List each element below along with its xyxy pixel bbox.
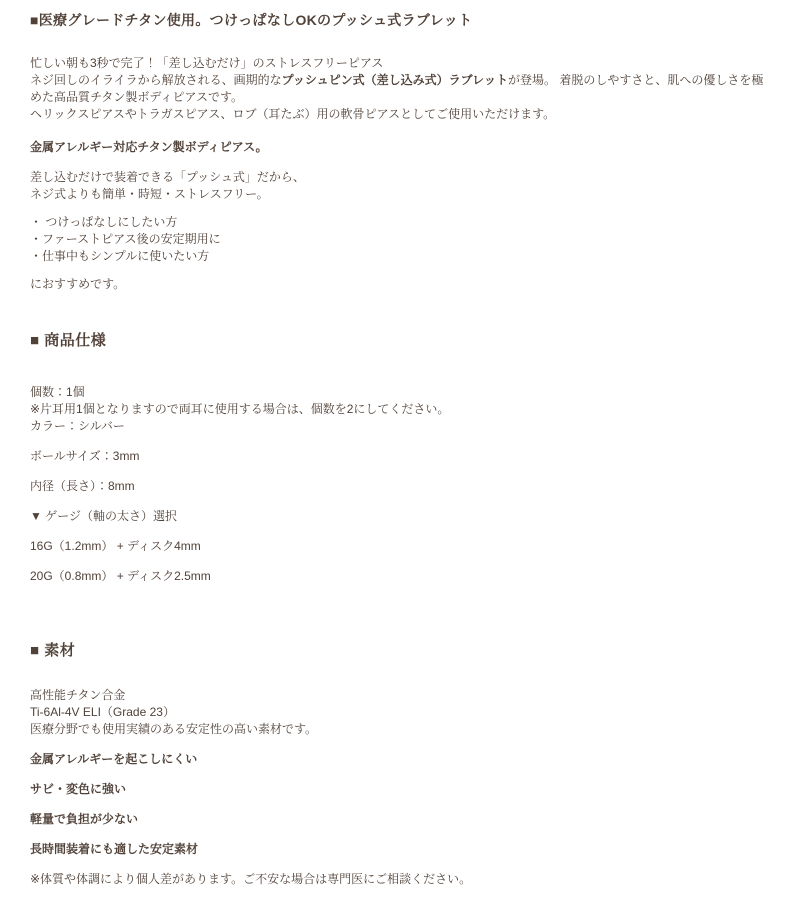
recommended-for-list: ・ つけっぱなしにしたい方 ・ファーストピアス後の安定期用に ・仕事中もシンプル…	[30, 214, 768, 265]
spec-quantity: 個数：1個	[30, 384, 768, 401]
intro-line-2-pre: ネジ回しのイライラから解放される、画期的な	[30, 73, 282, 87]
material-disclaimer-note: ※体質や体調により個人差があります。ご不安な場合は専門医にご相談ください。	[30, 871, 768, 888]
push-type-description: 差し込むだけで装着できる「プッシュ式」だから、 ネジ式よりも簡単・時短・ストレス…	[30, 169, 768, 203]
material-line-3: 医療分野でも使用実績のある安定性の高い素材です。	[30, 721, 768, 738]
spec-quantity-group: 個数：1個 ※片耳用1個となりますので両耳に使用する場合は、個数を2にしてくださ…	[30, 384, 768, 435]
material-benefit-rust: サビ・変色に強い	[30, 781, 768, 798]
spec-section-heading: ■ 商品仕様	[30, 331, 768, 351]
material-alloy-description: 高性能チタン合金 Ti-6Al-4V ELI（Grade 23） 医療分野でも使…	[30, 687, 768, 738]
allergy-safe-lead: 金属アレルギー対応チタン製ボディピアス。	[30, 139, 768, 156]
push-pin-type-highlight: プッシュピン式（差し込み式）ラブレット	[282, 73, 508, 87]
material-benefit-longwear: 長時間装着にも適した安定素材	[30, 841, 768, 858]
push-type-line-2: ネジ式よりも簡単・時短・ストレスフリー。	[30, 186, 768, 203]
product-description-page: ■医療グレードチタン使用。つけっぱなしOKのプッシュ式ラブレット 忙しい朝も3秒…	[0, 0, 800, 888]
material-section-heading: ■ 素材	[30, 641, 768, 661]
intro-line-2: ネジ回しのイライラから解放される、画期的なプッシュピン式（差し込み式）ラブレット…	[30, 72, 768, 106]
bullet-item-3: ・仕事中もシンプルに使いたい方	[30, 248, 768, 265]
product-title: ■医療グレードチタン使用。つけっぱなしOKのプッシュ式ラブレット	[30, 11, 768, 29]
material-benefit-allergy: 金属アレルギーを起こしにくい	[30, 751, 768, 768]
spec-color: カラー：シルバー	[30, 418, 768, 435]
bullet-item-2: ・ファーストピアス後の安定期用に	[30, 231, 768, 248]
material-line-1: 高性能チタン合金	[30, 687, 768, 704]
intro-line-3: ヘリックスピアスやトラガスピアス、ロブ（耳たぶ）用の軟骨ピアスとしてご使用いただ…	[30, 106, 768, 123]
recommend-closing-line: におすすめです。	[30, 276, 768, 293]
spec-inner-diameter: 内径（長さ）：8mm	[30, 478, 768, 495]
spec-gauge-option-16g: 16G（1.2mm） + ディスク4mm	[30, 538, 768, 555]
bullet-item-1: ・ つけっぱなしにしたい方	[30, 214, 768, 231]
spec-gauge-select-label: ▼ ゲージ（軸の太さ）選択	[30, 508, 768, 525]
spec-quantity-note: ※片耳用1個となりますので両耳に使用する場合は、個数を2にしてください。	[30, 401, 768, 418]
material-line-2: Ti-6Al-4V ELI（Grade 23）	[30, 704, 768, 721]
push-type-line-1: 差し込むだけで装着できる「プッシュ式」だから、	[30, 169, 768, 186]
intro-line-1: 忙しい朝も3秒で完了！「差し込むだけ」のストレスフリーピアス	[30, 55, 768, 72]
spec-ball-size: ボールサイズ：3mm	[30, 448, 768, 465]
spec-gauge-option-20g: 20G（0.8mm） + ディスク2.5mm	[30, 568, 768, 585]
intro-paragraph: 忙しい朝も3秒で完了！「差し込むだけ」のストレスフリーピアス ネジ回しのイライラ…	[30, 55, 768, 123]
material-benefit-lightweight: 軽量で負担が少ない	[30, 811, 768, 828]
